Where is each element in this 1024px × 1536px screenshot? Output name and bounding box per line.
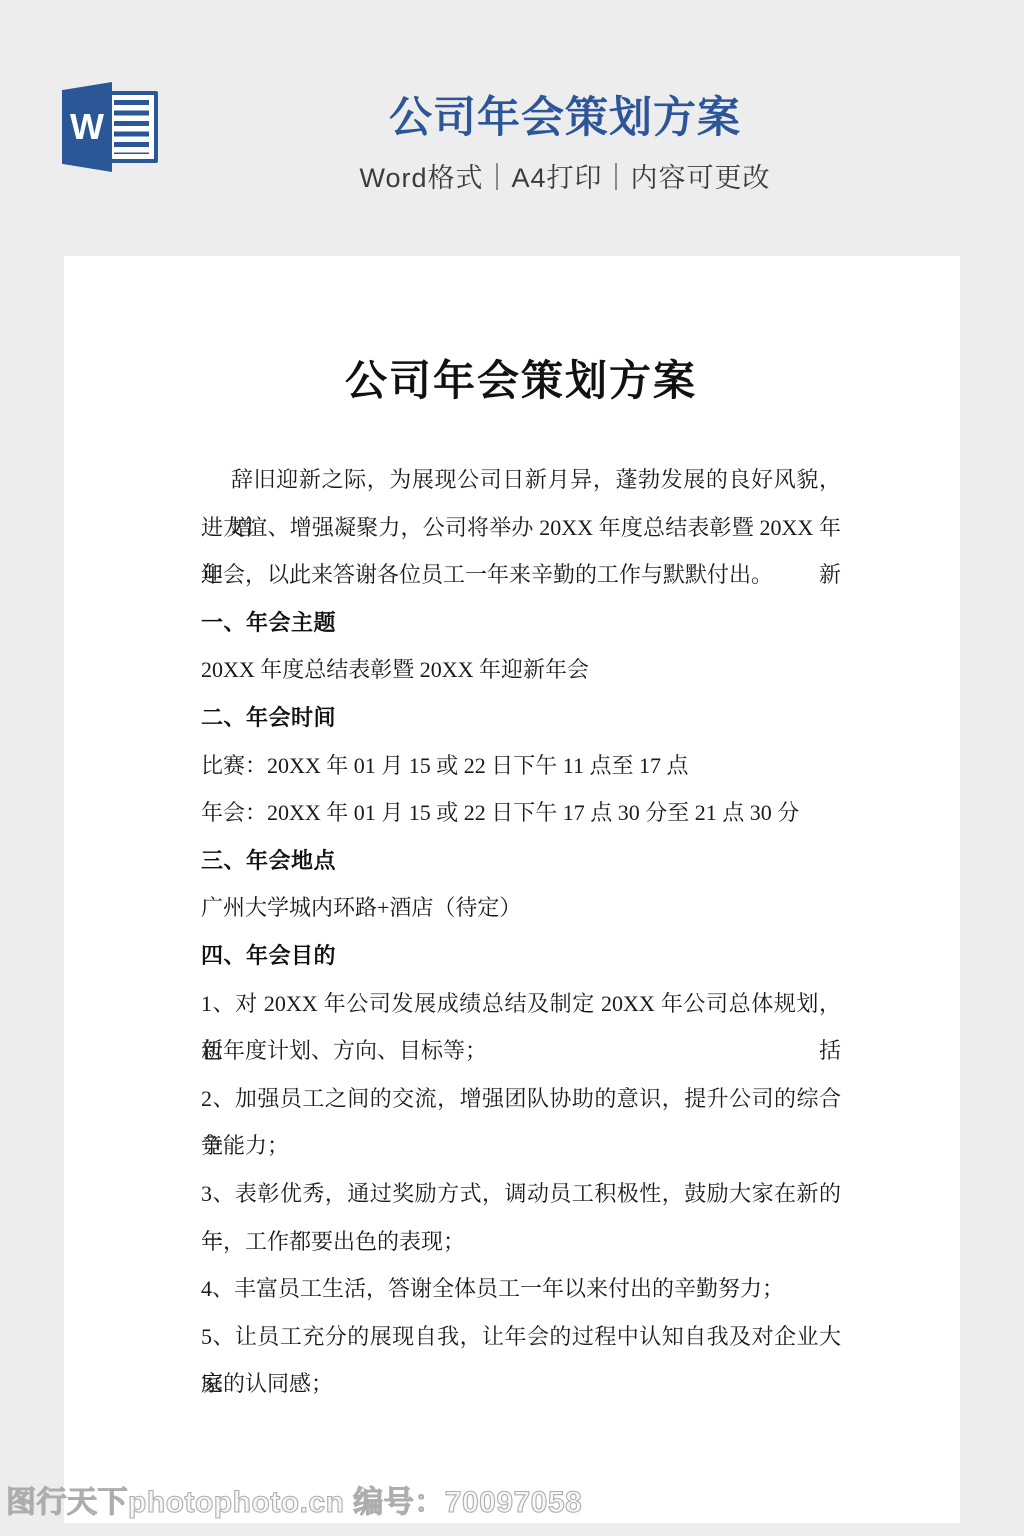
document-title: 公司年会策划方案 bbox=[201, 354, 841, 410]
document-body: 辞旧迎新之际，为展现公司日新月异，蓬勃发展的良好风貌，增进友谊、增强凝聚力，公司… bbox=[201, 456, 841, 1408]
document-line: 年，工作都要出色的表现； bbox=[201, 1218, 841, 1266]
word-icon-w-letter: W bbox=[62, 82, 112, 172]
document-line: 5、让员工充分的展现自我，让年会的过程中认知自我及对企业大家 bbox=[201, 1313, 841, 1361]
template-title: 公司年会策划方案 bbox=[300, 92, 830, 144]
document-line: 争能力； bbox=[201, 1122, 841, 1170]
word-icon-text-lines bbox=[114, 100, 149, 154]
document-line: 3、表彰优秀，通过奖励方式，调动员工积极性，鼓励大家在新的一 bbox=[201, 1170, 841, 1218]
document-line: 四、年会目的 bbox=[201, 932, 841, 980]
document-line: 比赛：20XX 年 01 月 15 或 22 日下午 11 点至 17 点 bbox=[201, 742, 841, 790]
document-line: 辞旧迎新之际，为展现公司日新月异，蓬勃发展的良好风貌，增 bbox=[201, 456, 841, 504]
document-line: 广州大学城内环路+酒店（待定） bbox=[201, 884, 841, 932]
template-subtitle: Word格式｜A4打印｜内容可更改 bbox=[300, 156, 830, 195]
document-line: 1、对 20XX 年公司发展成绩总结及制定 20XX 年公司总体规划，包括 bbox=[201, 980, 841, 1028]
word-document-icon: W bbox=[62, 82, 160, 172]
document-line: 二、年会时间 bbox=[201, 694, 841, 742]
watermark-text: 图行天下photophoto.cn 编号：70097058 bbox=[6, 1477, 582, 1521]
document-line: 一、年会主题 bbox=[201, 599, 841, 647]
header-text: 公司年会策划方案 Word格式｜A4打印｜内容可更改 bbox=[300, 92, 830, 195]
document-line: 20XX 年度总结表彰暨 20XX 年迎新年会 bbox=[201, 646, 841, 694]
document-line: 庭的认同感； bbox=[201, 1360, 841, 1408]
document-line: 三、年会地点 bbox=[201, 837, 841, 885]
document-line: 4、丰富员工生活，答谢全体员工一年以来付出的辛勤努力； bbox=[201, 1265, 841, 1313]
header: W 公司年会策划方案 Word格式｜A4打印｜内容可更改 bbox=[0, 0, 1024, 256]
document-line: 进友谊、增强凝聚力，公司将举办 20XX 年度总结表彰暨 20XX 年迎新 bbox=[201, 504, 841, 552]
document-line: 2、加强员工之间的交流，增强团队协助的意识，提升公司的综合竞 bbox=[201, 1075, 841, 1123]
document-line: 年会：20XX 年 01 月 15 或 22 日下午 17 点 30 分至 21… bbox=[201, 789, 841, 837]
document-page: 公司年会策划方案 辞旧迎新之际，为展现公司日新月异，蓬勃发展的良好风貌，增进友谊… bbox=[64, 256, 960, 1523]
document-line: 年会，以此来答谢各位员工一年来辛勤的工作与默默付出。 bbox=[201, 551, 841, 599]
